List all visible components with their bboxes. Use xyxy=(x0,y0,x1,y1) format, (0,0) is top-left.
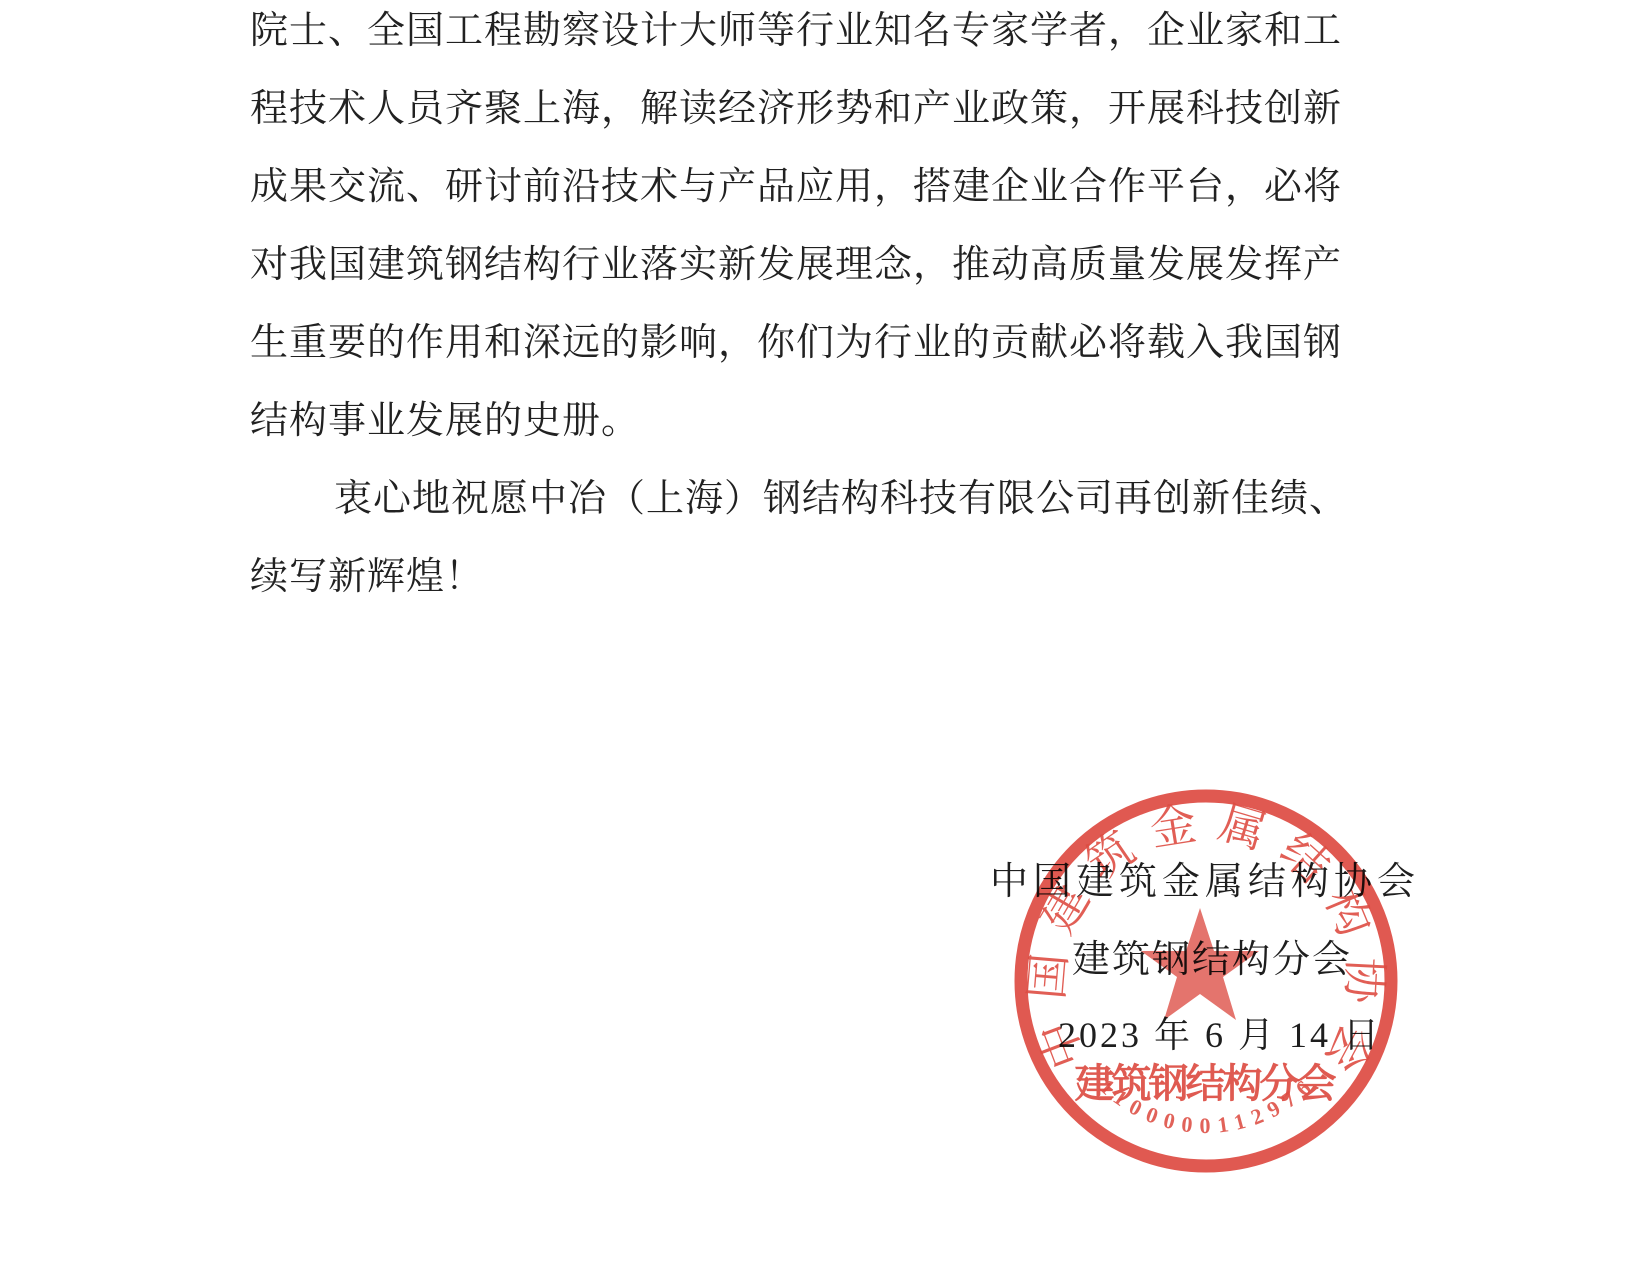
body-line: 程技术人员齐聚上海，解读经济形势和产业政策，开展科技创新 xyxy=(250,70,1350,148)
body-line: 生重要的作用和深远的影响，你们为行业的贡献必将载入我国钢 xyxy=(250,304,1350,382)
body-line: 对我国建筑钢结构行业落实新发展理念，推动高质量发展发挥产 xyxy=(250,226,1350,304)
body-line: 院士、全国工程勘察设计大师等行业知名专家学者，企业家和工 xyxy=(250,0,1350,70)
body-line: 成果交流、研讨前沿技术与产品应用，搭建企业合作平台，必将 xyxy=(250,148,1350,226)
official-seal: 中国建筑金属结构协会 建筑钢结构分会 1100000112976 xyxy=(986,766,1434,1194)
body-line: 衷心地祝愿中冶（上海）钢结构科技有限公司再创新佳绩、 xyxy=(250,460,1350,538)
letter-body: 院士、全国工程勘察设计大师等行业知名专家学者，企业家和工 程技术人员齐聚上海，解… xyxy=(250,0,1350,616)
letter-page: 院士、全国工程勘察设计大师等行业知名专家学者，企业家和工 程技术人员齐聚上海，解… xyxy=(0,0,1649,1288)
star-icon xyxy=(1141,908,1259,1020)
body-line: 续写新辉煌！ xyxy=(250,538,1350,616)
body-line: 结构事业发展的史册。 xyxy=(250,382,1350,460)
